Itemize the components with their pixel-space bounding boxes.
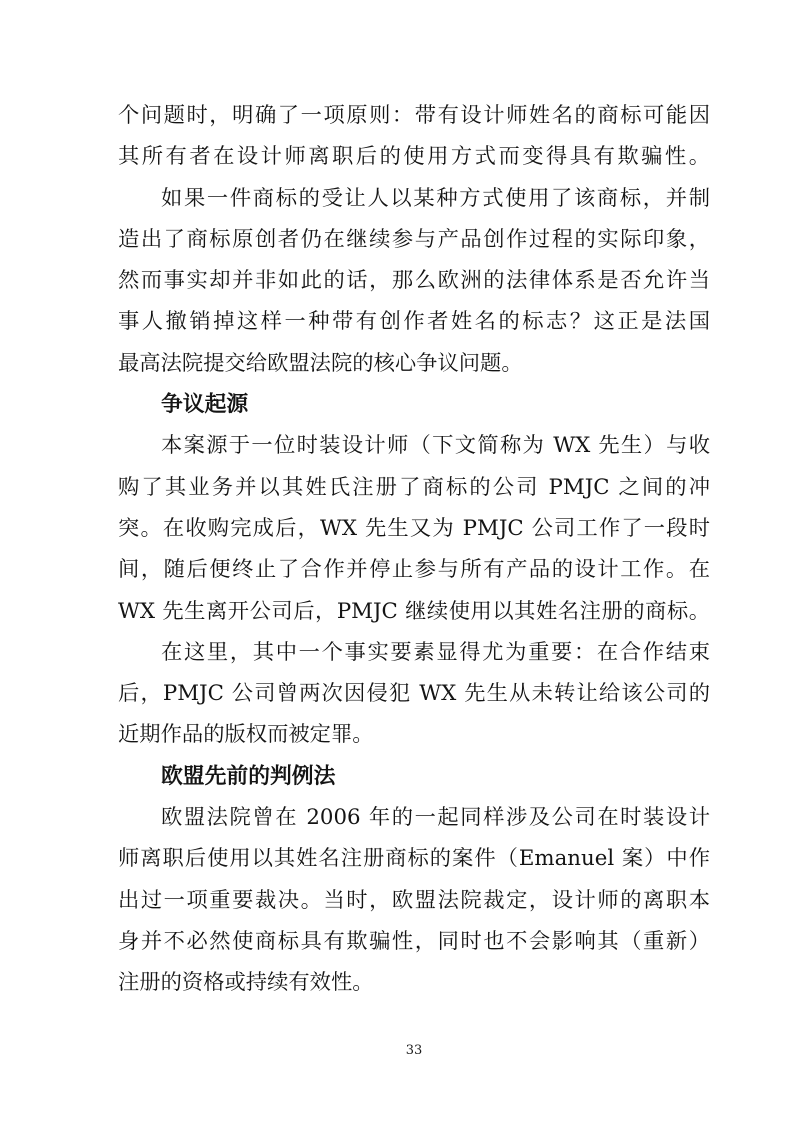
text-line: 最高法院提交给欧盟法院的核心争议问题。 (118, 343, 710, 384)
text-line: 出过一项重要裁决。当时，欧盟法院裁定，设计师的离职本 (118, 880, 710, 921)
text-line: 师离职后使用以其姓名注册商标的案件（Emanuel 案）中作 (118, 838, 710, 879)
section-heading: 欧盟先前的判例法 (118, 756, 710, 797)
text-line: 近期作品的版权而被定罪。 (118, 714, 710, 755)
text-line: 然而事实却并非如此的话，那么欧洲的法律体系是否允许当 (118, 260, 710, 301)
text-line: 造出了商标原创者仍在继续参与产品创作过程的实际印象， (118, 219, 710, 260)
page-footer: 33 (118, 1043, 710, 1059)
text-line: 购了其业务并以其姓氏注册了商标的公司 PMJC 之间的冲 (118, 467, 710, 508)
text-line: WX 先生离开公司后，PMJC 继续使用以其姓名注册的商标。 (118, 591, 710, 632)
text-line: 本案源于一位时装设计师（下文简称为 WX 先生）与收 (118, 425, 710, 466)
text-line: 如果一件商标的受让人以某种方式使用了该商标，并制 (118, 178, 710, 219)
text-line: 身并不必然使商标具有欺骗性，同时也不会影响其（重新） (118, 921, 710, 962)
text-line: 事人撤销掉这样一种带有创作者姓名的标志？这正是法国 (118, 301, 710, 342)
document-page: 个问题时，明确了一项原则：带有设计师姓名的商标可能因其所有者在设计师离职后的使用… (0, 0, 793, 1122)
document-body: 个问题时，明确了一项原则：带有设计师姓名的商标可能因其所有者在设计师离职后的使用… (118, 95, 710, 1004)
text-line: 在这里，其中一个事实要素显得尤为重要：在合作结束 (118, 632, 710, 673)
text-line: 注册的资格或持续有效性。 (118, 962, 710, 1003)
section-heading: 争议起源 (118, 384, 710, 425)
text-line: 后，PMJC 公司曾两次因侵犯 WX 先生从未转让给该公司的 (118, 673, 710, 714)
text-line: 间，随后便终止了合作并停止参与所有产品的设计工作。在 (118, 549, 710, 590)
text-line: 其所有者在设计师离职后的使用方式而变得具有欺骗性。 (118, 136, 710, 177)
page-number: 33 (406, 1043, 423, 1058)
text-line: 欧盟法院曾在 2006 年的一起同样涉及公司在时装设计 (118, 797, 710, 838)
text-line: 突。在收购完成后，WX 先生又为 PMJC 公司工作了一段时 (118, 508, 710, 549)
text-line: 个问题时，明确了一项原则：带有设计师姓名的商标可能因 (118, 95, 710, 136)
